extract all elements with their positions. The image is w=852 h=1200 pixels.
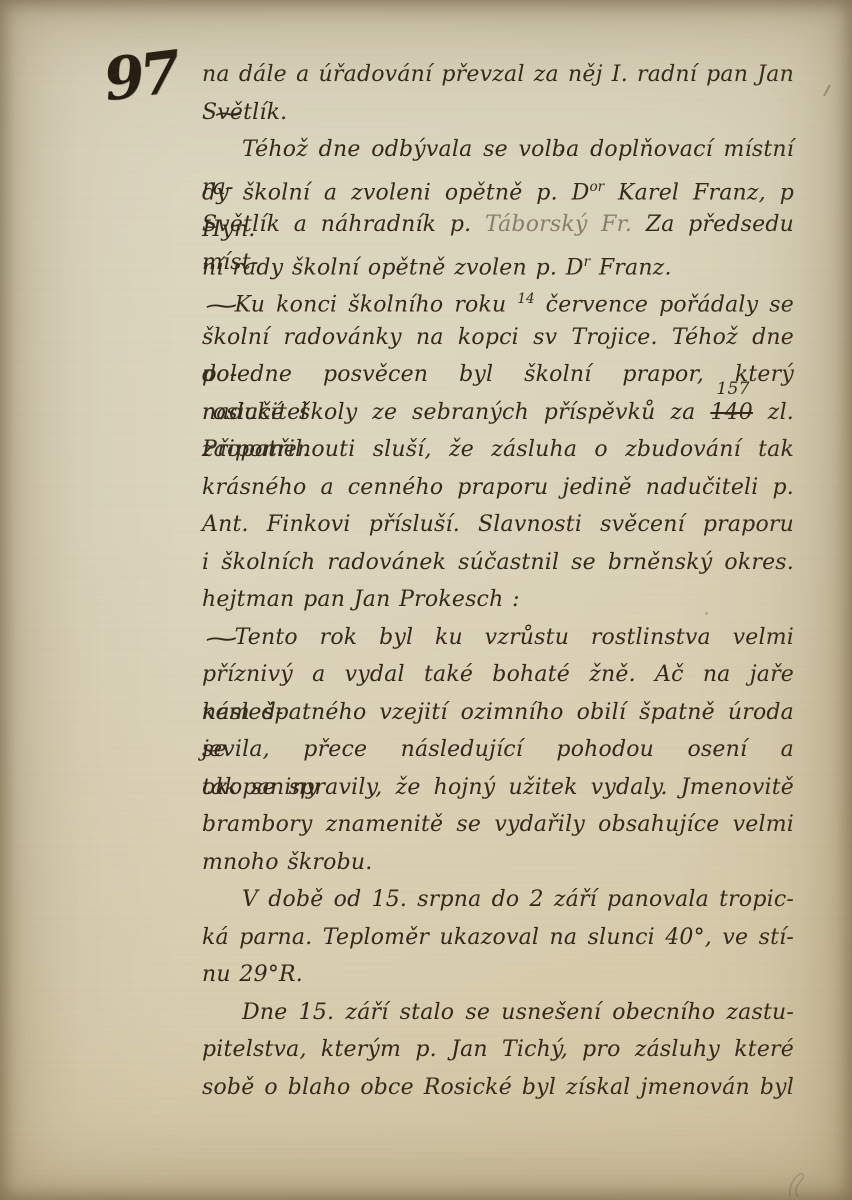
manuscript-line: rosické školy ze sebraných příspěvků za … [202, 394, 794, 432]
manuscript-line: brambory znamenitě se vydařily obsahujíc… [202, 806, 794, 844]
manuscript-line: školní radovánky na kopci sv Trojice. Té… [202, 319, 794, 357]
manuscript-text: ní rady školní opětně zvolen p. D [202, 255, 584, 280]
correction-new-value: 157 [716, 381, 749, 398]
manuscript-text: Táborský Fr. [485, 212, 632, 237]
manuscript-text: Ant. Finkovi přísluší. Slavnosti svěcení… [202, 512, 794, 537]
manuscript-line: poledne posvěcen byl školní prapor, kter… [202, 356, 794, 394]
manuscript-text: Ku konci školního roku [235, 292, 518, 317]
manuscript-line: V době od 15. srpna do 2 září panovala t… [202, 881, 794, 919]
manuscript-line: ∼Tento rok byl ku vzrůstu rostlinstva ve… [202, 619, 794, 657]
manuscript-text: Světlík a náhradník p. [202, 212, 485, 237]
pencil-mark [786, 1172, 812, 1198]
manuscript-line: Ant. Finkovi přísluší. Slavnosti svěcení… [202, 506, 794, 544]
manuscript-line: na dále a úřadování převzal za něj I. ra… [202, 56, 794, 94]
ink-speck [705, 612, 708, 615]
manuscript-text: července pořádaly se [535, 292, 794, 317]
manuscript-text: 14 [517, 291, 534, 307]
manuscript-text: rosické školy ze sebraných příspěvků za [202, 400, 710, 425]
manuscript-text: Franz. [590, 255, 672, 280]
manuscript-text: sobě o blaho obce Rosické byl získal jme… [202, 1075, 794, 1100]
manuscript-text: or [589, 179, 604, 195]
manuscript-line: Světlík a náhradník p. Táborský Fr. Za p… [202, 206, 794, 244]
manuscript-line: ∼Ku konci školního roku 14 července pořá… [202, 281, 794, 319]
manuscript-line: nu 29°R. [202, 956, 794, 994]
manuscript-text: mnoho škrobu. [202, 850, 372, 875]
manuscript-text: brambory znamenitě se vydařily obsahujíc… [202, 812, 794, 837]
manuscript-text: i školních radovánek súčastnil se brněns… [202, 550, 794, 575]
manuscript-text-block: na dále a úřadování převzal za něj I. ra… [202, 56, 794, 1106]
manuscript-text: ká parna. Teploměr ukazoval na slunci 40… [202, 925, 794, 950]
manuscript-line: Připomenouti sluší, že zásluha o zbudová… [202, 431, 794, 469]
manuscript-line: Téhož dne odbývala se volba doplňovací m… [202, 131, 794, 169]
manuscript-line: příznivý a vydal také bohaté žně. Ač na … [202, 656, 794, 694]
manuscript-text: V době od 15. srpna do 2 září panovala t… [242, 887, 794, 912]
inline-correction: 157140 [710, 394, 753, 432]
manuscript-line: i školních radovánek súčastnil se brněns… [202, 544, 794, 582]
manuscript-line: ní rady školní opětně zvolen p. Dr Franz… [202, 244, 794, 282]
manuscript-line: krásného a cenného praporu jedině naduči… [202, 469, 794, 507]
manuscript-text: pitelstva, kterým p. Jan Tichý, pro zásl… [202, 1037, 794, 1062]
flourish-stroke: ∼ [202, 288, 241, 326]
manuscript-text: Tento rok byl ku vzrůstu rostlinstva vel… [235, 625, 794, 650]
page-number: 97 [100, 38, 180, 114]
correction-struck-value: 140 [710, 400, 753, 425]
manuscript-page: 97 na dále a úřadování převzal za něj I.… [0, 0, 852, 1200]
manuscript-text: na dále a úřadování převzal za něj I. ra… [202, 62, 794, 87]
manuscript-text: hejtman pan Jan Prokesch : [202, 587, 520, 612]
flourish-stroke: ∼ [212, 96, 246, 134]
manuscript-line: dy školní a zvoleni opětně p. Dor Karel … [202, 169, 794, 207]
manuscript-line: jevila, přece následující pohodou osení … [202, 731, 794, 769]
manuscript-line: Světlík. [202, 94, 794, 132]
pencil-tick-mark [823, 84, 831, 96]
manuscript-line: Dne 15. září stalo se usnešení obecního … [202, 994, 794, 1032]
manuscript-text: krásného a cenného praporu jedině naduči… [202, 475, 794, 500]
manuscript-line: sobě o blaho obce Rosické byl získal jme… [202, 1069, 794, 1107]
manuscript-text: tak se spravily, že hojný užitek vydaly.… [202, 775, 794, 800]
manuscript-text: Připomenouti sluší, že zásluha o zbudová… [202, 437, 794, 462]
manuscript-line: pitelstva, kterým p. Jan Tichý, pro zásl… [202, 1031, 794, 1069]
manuscript-line: mnoho škrobu. [202, 844, 794, 882]
manuscript-line: tak se spravily, že hojný užitek vydaly.… [202, 769, 794, 807]
manuscript-text: Dne 15. září stalo se usnešení obecního … [242, 1000, 794, 1025]
flourish-stroke: ∼ [202, 621, 241, 659]
manuscript-text: nu 29°R. [202, 962, 303, 987]
ink-speck [560, 150, 563, 153]
manuscript-text: dy školní a zvoleni opětně p. D [202, 180, 589, 205]
manuscript-line: ká parna. Teploměr ukazoval na slunci 40… [202, 919, 794, 957]
manuscript-line: kem špatného vzejití ozimního obilí špat… [202, 694, 794, 732]
